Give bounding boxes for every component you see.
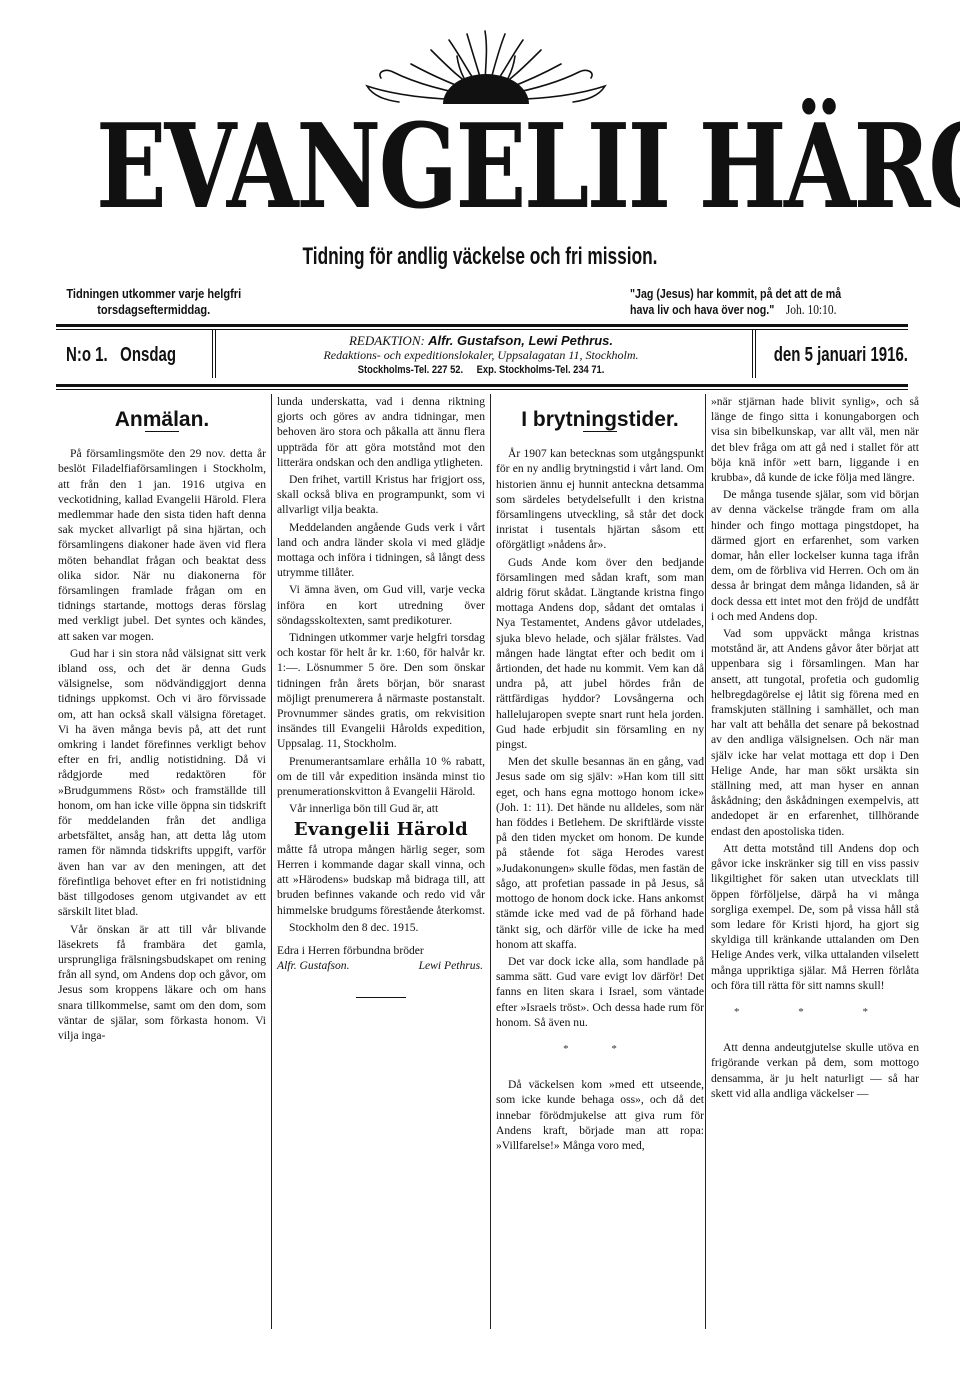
article-heading-brytningstider: I brytningstider. [496,412,704,427]
column-divider [490,394,491,1329]
phone-redaktion: Stockholms-Tel. 227 52. [358,364,463,376]
issue-weekday: Onsdag [120,344,176,366]
column-3: I brytningstider. År 1907 kan betecknas … [496,394,704,1153]
emphasized-title: Evangelii Härold [277,822,485,837]
paragraph: Prenumerantsamlare erhålla 10 % rabatt, … [277,754,485,800]
paragraph: Vi ämna även, om Gud vill, varje vecka i… [277,582,485,628]
paragraph: Det var dock icke alla, som handlade på … [496,954,704,1030]
divider-rule [56,324,908,327]
paragraph: Vad som uppväckt många kristnas motstånd… [711,626,919,839]
article-heading-anmalan: Anmälan. [58,412,266,427]
paragraph: Gud har i sin stora nåd välsignat sitt v… [58,646,266,920]
place-date: Stockholm den 8 dec. 1915. [277,920,485,935]
divider-rule [145,431,179,432]
phone-expedition: Exp. Stockholms-Tel. 234 71. [477,364,605,376]
section-separator: * * * [711,1005,919,1020]
paragraph: Vår innerliga bön till Gud är, att [277,801,485,816]
office-address: Redaktions- och expeditionslokaler, Upps… [216,348,746,362]
paragraph: Tidningen utkommer varje helgfri torsdag… [277,630,485,752]
column-2: lunda underskatta, vad i denna riktning … [277,394,485,998]
issue-info-band: N:o 1. Onsdag REDAKTION: Alfr. Gustafson… [56,330,908,380]
paragraph: De många tusende själar, som vid början … [711,487,919,624]
column-4: »när stjärnan hade blivit synlig», och s… [711,394,919,1101]
newspaper-subtitle: Tidning för andlig väckelse och fri miss… [134,243,825,271]
signature: Alfr. Gustafson. [277,958,349,973]
paragraph: »när stjärnan hade blivit synlig», och s… [711,394,919,485]
editorial-info: REDAKTION: Alfr. Gustafson, Lewi Pethrus… [216,334,746,377]
paragraph: År 1907 kan betecknas som utgångspunkt f… [496,446,704,552]
section-separator: * * [496,1042,704,1057]
paragraph: måtte få utropa mången härlig seger, som… [277,842,485,918]
divider-rule [583,431,617,432]
publication-note: Tidningen utkommer varje helgfri torsdag… [56,286,252,318]
column-divider [705,394,706,1329]
paragraph: Meddelanden angående Guds verk i vårt la… [277,520,485,581]
paragraph: Att detta motstånd till Andens dop och g… [711,841,919,993]
column-1: Anmälan. På församlingsmöte den 29 nov. … [58,394,266,1043]
column-divider [271,394,272,1329]
paragraph: Vår önskan är att till vår blivande läse… [58,922,266,1044]
paragraph: Då väckelsen kom »med ett utseende, som … [496,1077,704,1153]
paragraph: Guds Ande kom över den bedjande församli… [496,555,704,753]
paragraph: Att denna andeutgjutelse skulle utöva en… [711,1040,919,1101]
paragraph: På församlingsmöte den 29 nov. detta år … [58,446,266,644]
divider-rule [356,997,406,998]
paragraph: Den frihet, vartill Kristus har frigjort… [277,472,485,518]
issue-date: den 5 januari 1916. [774,344,908,367]
motto-reference: Joh. 10:10. [786,303,837,318]
rising-sun-icon [355,26,617,106]
closing-line: Edra i Herren förbundna bröder [277,943,485,958]
divider-rule [752,330,756,378]
issue-number: N:o 1. Onsdag [66,344,176,367]
signoff: Edra i Herren förbundna bröder Alfr. Gus… [277,943,485,973]
newspaper-title: EVANGELII HÄROLD [96,112,864,222]
paragraph: Men det skulle besannas än en gång, vad … [496,754,704,952]
motto-quote: "Jag (Jesus) har kommit, på det att de m… [630,286,901,319]
paragraph: lunda underskatta, vad i denna riktning … [277,394,485,470]
signature: Lewi Pethrus. [419,958,483,973]
divider-rule [56,384,908,387]
editors: Alfr. Gustafson, Lewi Pethrus. [428,333,613,348]
